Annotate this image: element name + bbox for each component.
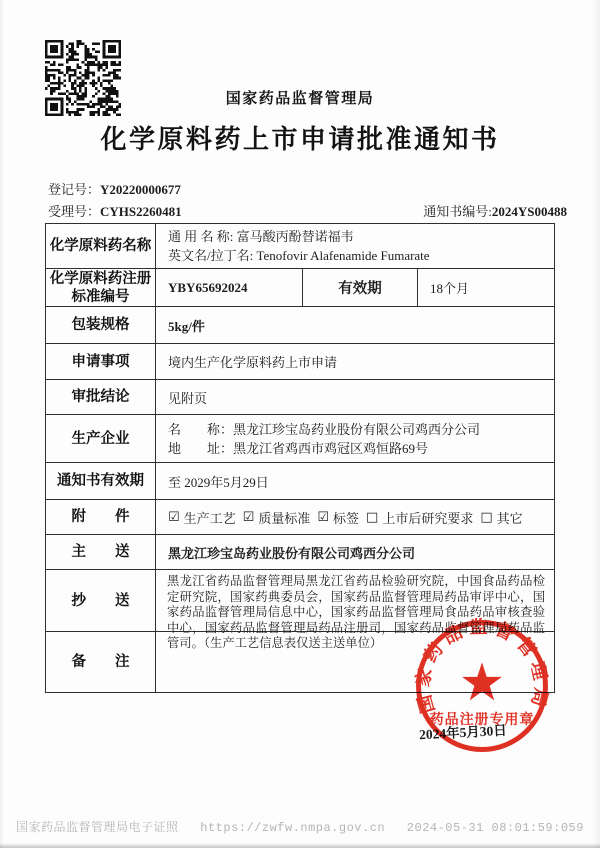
manufacturer-label: 生产企业: [46, 415, 156, 462]
notice-number-label: 通知书编号:: [423, 204, 492, 219]
table-row-package: 包装规格 5kg/件: [46, 307, 554, 344]
application-value: 境内生产化学原料药上市申请: [156, 344, 554, 379]
main-send-value: 黑龙江珍宝岛药业股份有限公司鸡西分公司: [156, 535, 554, 569]
acceptance-value: CYHS2260481: [100, 204, 182, 219]
document-title: 化学原料药上市申请批准通知书: [0, 119, 600, 156]
table-row-conclusion: 审批结论 见附页: [46, 380, 554, 415]
table-row-notice-validity: 通知书有效期 至 2029年5月29日: [46, 463, 554, 500]
english-name-label: 英文名/拉丁名:: [168, 248, 256, 263]
manufacturer-name-value: 黑龙江珍宝岛药业股份有限公司鸡西分公司: [233, 422, 480, 437]
generic-name-value: 富马酸丙酚替诺福韦: [237, 229, 354, 244]
attachment-item: ☑质量标准: [243, 508, 311, 527]
manufacturer-name-label: 名 称：: [168, 422, 233, 437]
generic-name-line: 通 用 名 称: 富马酸丙酚替诺福韦: [168, 227, 554, 246]
official-seal: 国家药品监督管理局 药品注册专用章: [414, 618, 550, 754]
checkbox-checked-icon: ☑: [168, 510, 180, 525]
main-send-label: 主 送: [46, 535, 156, 569]
agency-name: 国家药品监督管理局: [0, 87, 600, 108]
table-row-attachments: 附 件 ☑生产工艺 ☑质量标准 ☑标签 □上市后研究要求 □其它: [46, 500, 554, 535]
standard-no-value: YBY65692024: [156, 269, 303, 306]
footer-line: 国家药品监督管理局电子证照 https://zwfw.nmpa.gov.cn 2…: [0, 818, 600, 835]
footer-cert-text: 国家药品监督管理局电子证照: [16, 821, 179, 835]
validity-label: 有效期: [303, 269, 418, 306]
registration-number-line: 登记号：Y20220000677: [48, 179, 181, 198]
attachment-item: □其它: [480, 508, 522, 527]
scan-shadow-right: [592, 0, 600, 848]
conclusion-value: 见附页: [156, 380, 554, 414]
attachment-item: □上市后研究要求: [366, 508, 473, 527]
footer-timestamp: 2024-05-31 08:01:59:059: [407, 821, 584, 835]
seal-star-icon: [462, 662, 502, 700]
registration-label: 登记号：: [48, 182, 100, 197]
manufacturer-name-line: 名 称：黑龙江珍宝岛药业股份有限公司鸡西分公司: [168, 420, 554, 439]
attachments-value-cell: ☑生产工艺 ☑质量标准 ☑标签 □上市后研究要求 □其它: [156, 500, 554, 534]
acceptance-label: 受理号：: [48, 204, 100, 219]
acceptance-number-line: 受理号：CYHS2260481: [48, 201, 182, 220]
table-row-main-send: 主 送 黑龙江珍宝岛药业股份有限公司鸡西分公司: [46, 535, 554, 570]
manufacturer-address-label: 地 址：: [168, 441, 233, 456]
table-row-drug-name: 化学原料药名称 通 用 名 称: 富马酸丙酚替诺福韦 英文名/拉丁名: Teno…: [46, 224, 554, 269]
notice-validity-label: 通知书有效期: [46, 463, 156, 499]
checkbox-checked-icon: ☑: [317, 510, 329, 525]
footer-url: https://zwfw.nmpa.gov.cn: [200, 821, 385, 835]
seal-type-text: 药品注册专用章: [430, 711, 535, 727]
scan-shadow-bottom: [0, 843, 600, 848]
attachment-label: 上市后研究要求: [382, 508, 473, 527]
attachment-label: 标签: [333, 508, 359, 527]
attachment-label: 其它: [497, 508, 523, 527]
standard-no-label: 化学原料药注册 标准编号: [46, 269, 156, 306]
drug-name-label: 化学原料药名称: [46, 224, 156, 268]
generic-name-label: 通 用 名 称:: [168, 229, 237, 244]
application-label: 申请事项: [46, 344, 156, 379]
conclusion-label: 审批结论: [46, 380, 156, 414]
validity-value: 18个月: [418, 269, 554, 306]
package-value: 5kg/件: [156, 307, 554, 343]
scan-shadow-left: [0, 0, 4, 848]
english-name-line: 英文名/拉丁名: Tenofovir Alafenamide Fumarate: [168, 246, 554, 265]
package-label: 包装规格: [46, 307, 156, 343]
notice-validity-value: 至 2029年5月29日: [156, 463, 554, 499]
remark-label: 备 注: [46, 632, 156, 692]
attachment-label: 生产工艺: [184, 508, 236, 527]
table-row-manufacturer: 生产企业 名 称：黑龙江珍宝岛药业股份有限公司鸡西分公司 地 址：黑龙江省鸡西市…: [46, 415, 554, 463]
notice-number-line: 通知书编号:2024YS00488: [423, 201, 567, 220]
attachments-label: 附 件: [46, 500, 156, 534]
manufacturer-address-line: 地 址：黑龙江省鸡西市鸡冠区鸡恒路69号: [168, 439, 554, 458]
attachment-label: 质量标准: [258, 508, 310, 527]
drug-name-value-cell: 通 用 名 称: 富马酸丙酚替诺福韦 英文名/拉丁名: Tenofovir Al…: [156, 224, 554, 268]
table-row-application: 申请事项 境内生产化学原料药上市申请: [46, 344, 554, 380]
checkbox-unchecked-icon: □: [480, 510, 492, 525]
manufacturer-value-cell: 名 称：黑龙江珍宝岛药业股份有限公司鸡西分公司 地 址：黑龙江省鸡西市鸡冠区鸡恒…: [156, 415, 554, 462]
table-row-standard-no: 化学原料药注册 标准编号 YBY65692024 有效期 18个月: [46, 269, 554, 307]
attachment-item: ☑标签: [317, 508, 359, 527]
cc-label: 抄 送: [46, 570, 156, 631]
document-page: 国家药品监督管理局 化学原料药上市申请批准通知书 登记号：Y2022000067…: [0, 0, 600, 848]
registration-value: Y20220000677: [100, 182, 181, 197]
attachment-item: ☑生产工艺: [168, 508, 236, 527]
checkbox-unchecked-icon: □: [366, 510, 378, 525]
checkbox-checked-icon: ☑: [243, 510, 255, 525]
manufacturer-address-value: 黑龙江省鸡西市鸡冠区鸡恒路69号: [233, 441, 428, 456]
notice-number-value: 2024YS00488: [492, 204, 567, 219]
english-name-value: Tenofovir Alafenamide Fumarate: [256, 248, 429, 263]
